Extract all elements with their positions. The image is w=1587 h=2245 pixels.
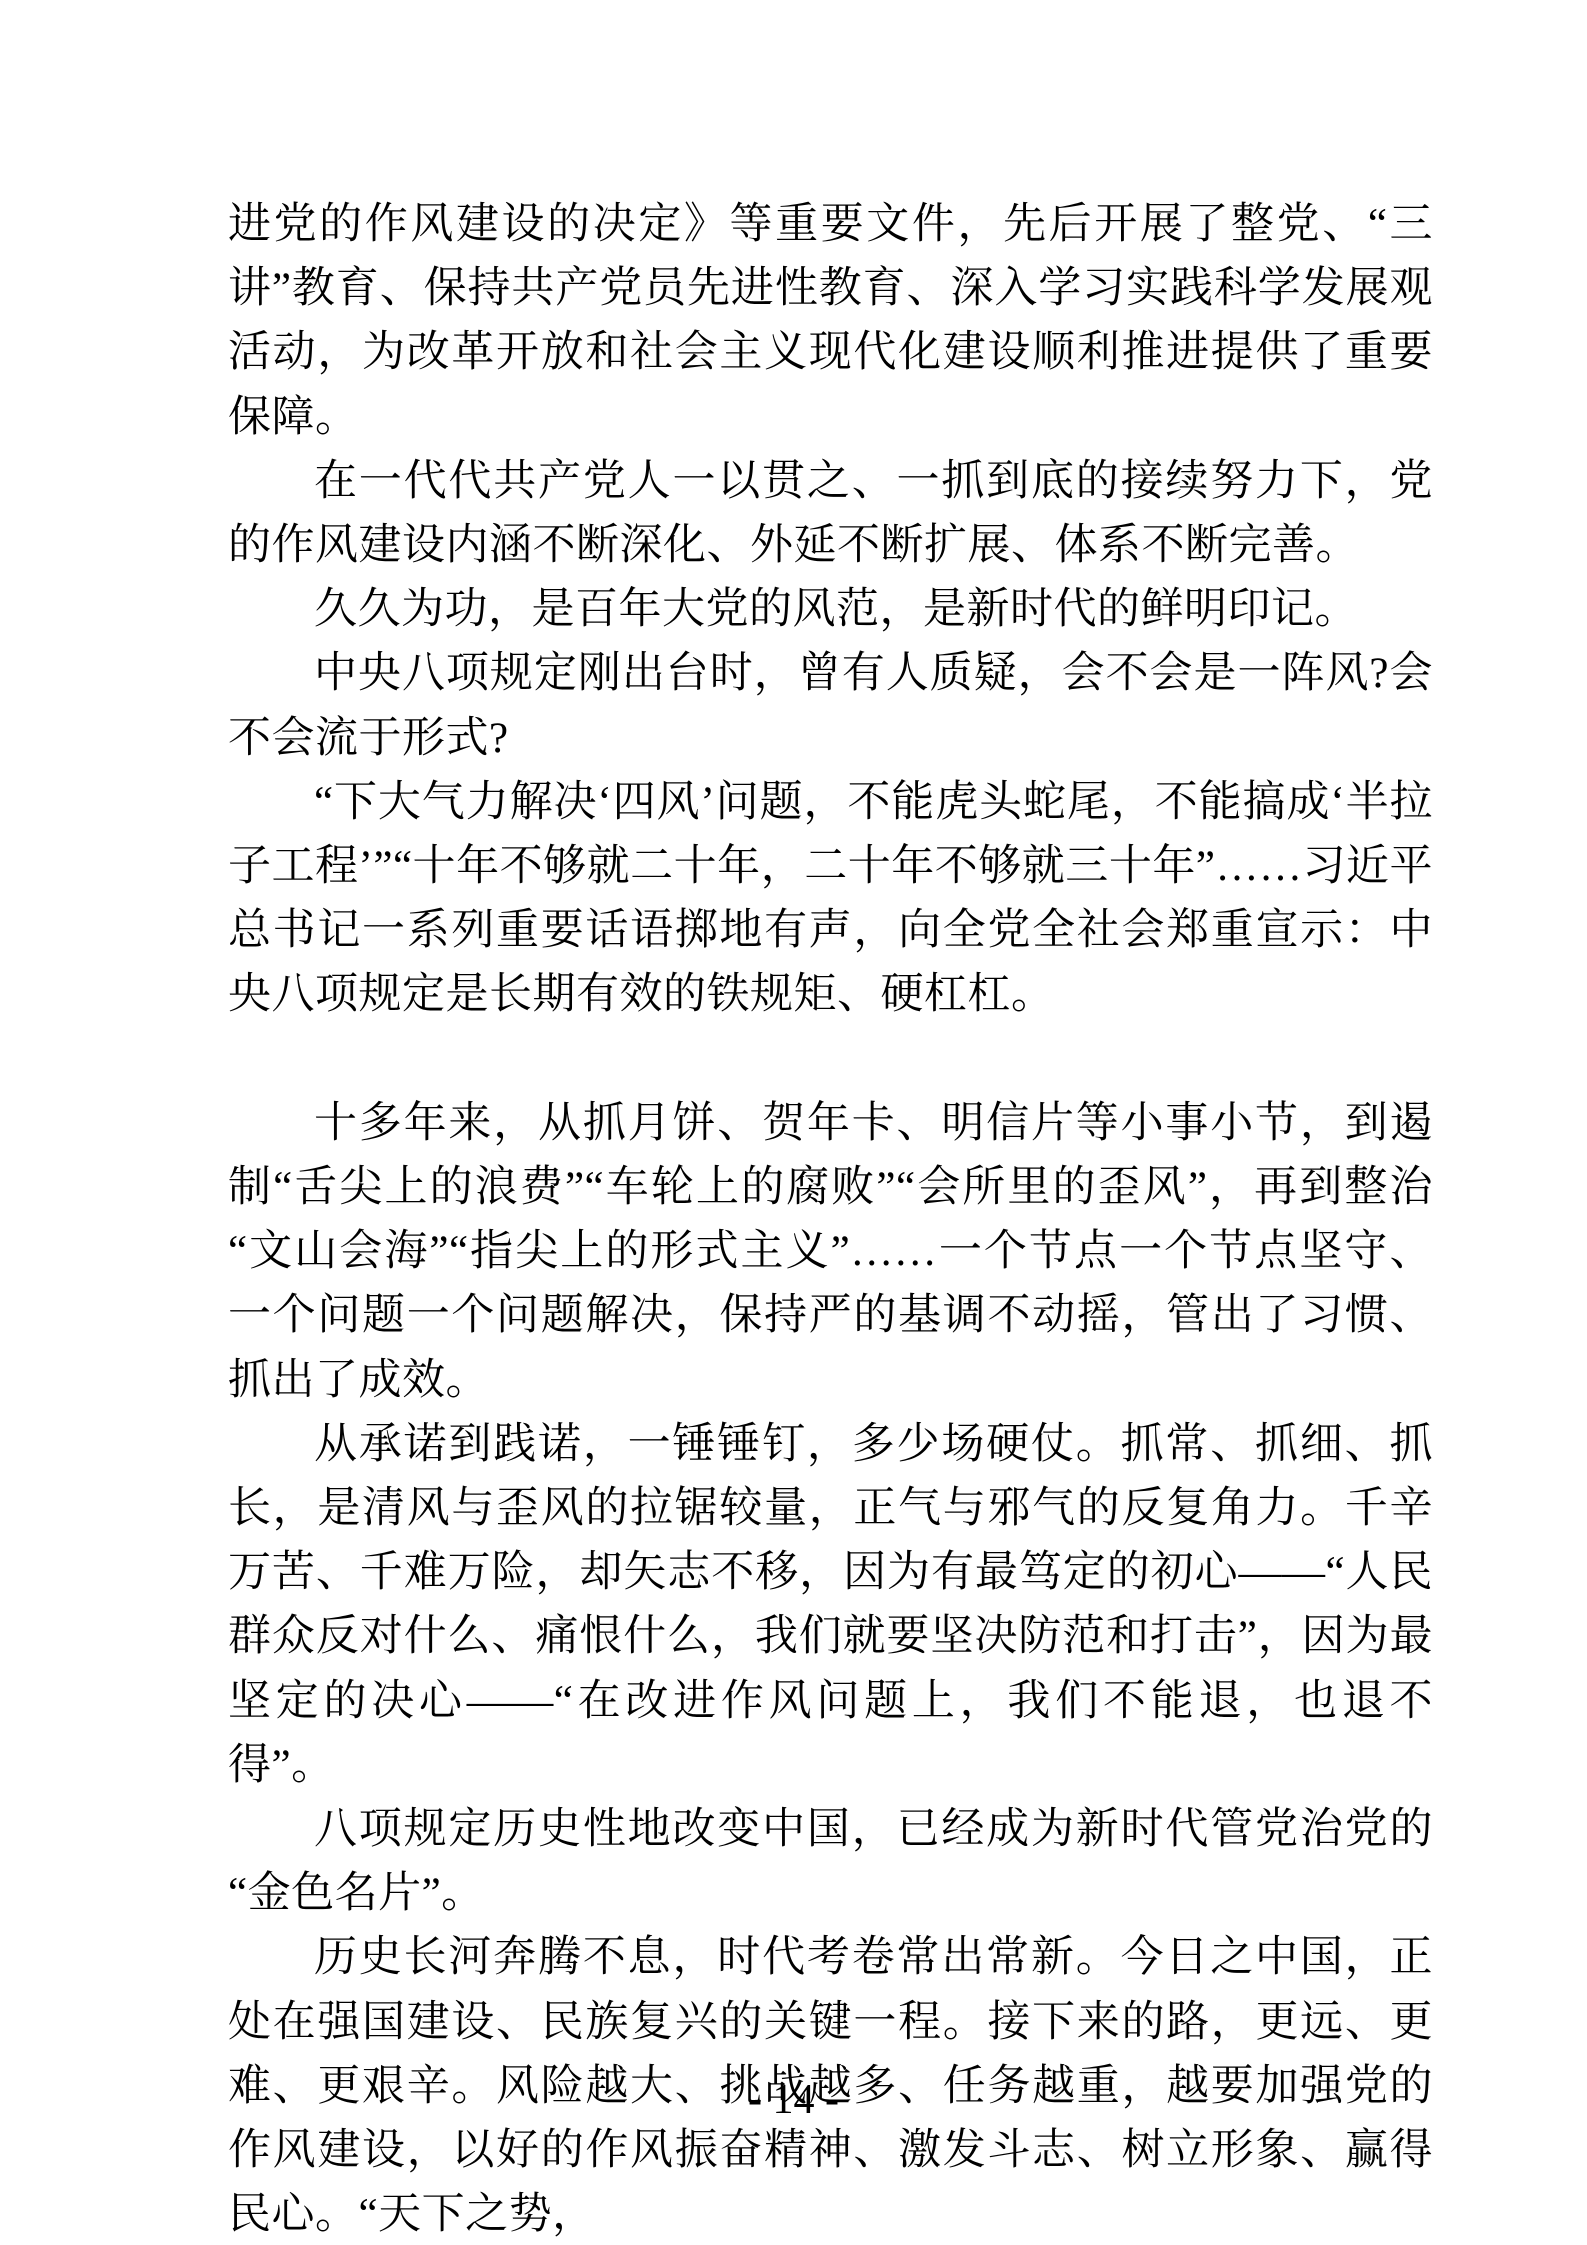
document-page: { "page": { "paragraphs": [ { "indent": … — [0, 0, 1587, 2245]
page-number: - 14 - — [0, 2075, 1587, 2125]
paragraph: 八项规定历史性地改变中国，已经成为新时代管党治党的“金色名片”。 — [228, 1798, 1433, 1926]
paragraph: 进党的作风建设的决定》等重要文件，先后开展了整党、“三讲”教育、保持共产党员先进… — [228, 193, 1433, 450]
paragraph: 从承诺到践诺，一锤锤钉，多少场硬仗。抓常、抓细、抓长，是清风与歪风的拉锯较量，正… — [228, 1413, 1433, 1798]
paragraph: 在一代代共产党人一以贯之、一抓到底的接续努力下，党的作风建设内涵不断深化、外延不… — [228, 450, 1433, 578]
paragraph: 久久为功，是百年大党的风范，是新时代的鲜明印记。 — [228, 578, 1433, 642]
paragraph: 中央八项规定刚出台时，曾有人质疑，会不会是一阵风?会不会流于形式? — [228, 642, 1433, 770]
paragraph: “下大气力解决‘四风’问题，不能虎头蛇尾，不能搞成‘半拉子工程’”“十年不够就二… — [228, 771, 1433, 1028]
document-body: 进党的作风建设的决定》等重要文件，先后开展了整党、“三讲”教育、保持共产党员先进… — [228, 193, 1433, 2245]
paragraph: 十多年来，从抓月饼、贺年卡、明信片等小事小节，到遏制“舌尖上的浪费”“车轮上的腐… — [228, 1092, 1433, 1413]
blank-line — [228, 1028, 1433, 1092]
